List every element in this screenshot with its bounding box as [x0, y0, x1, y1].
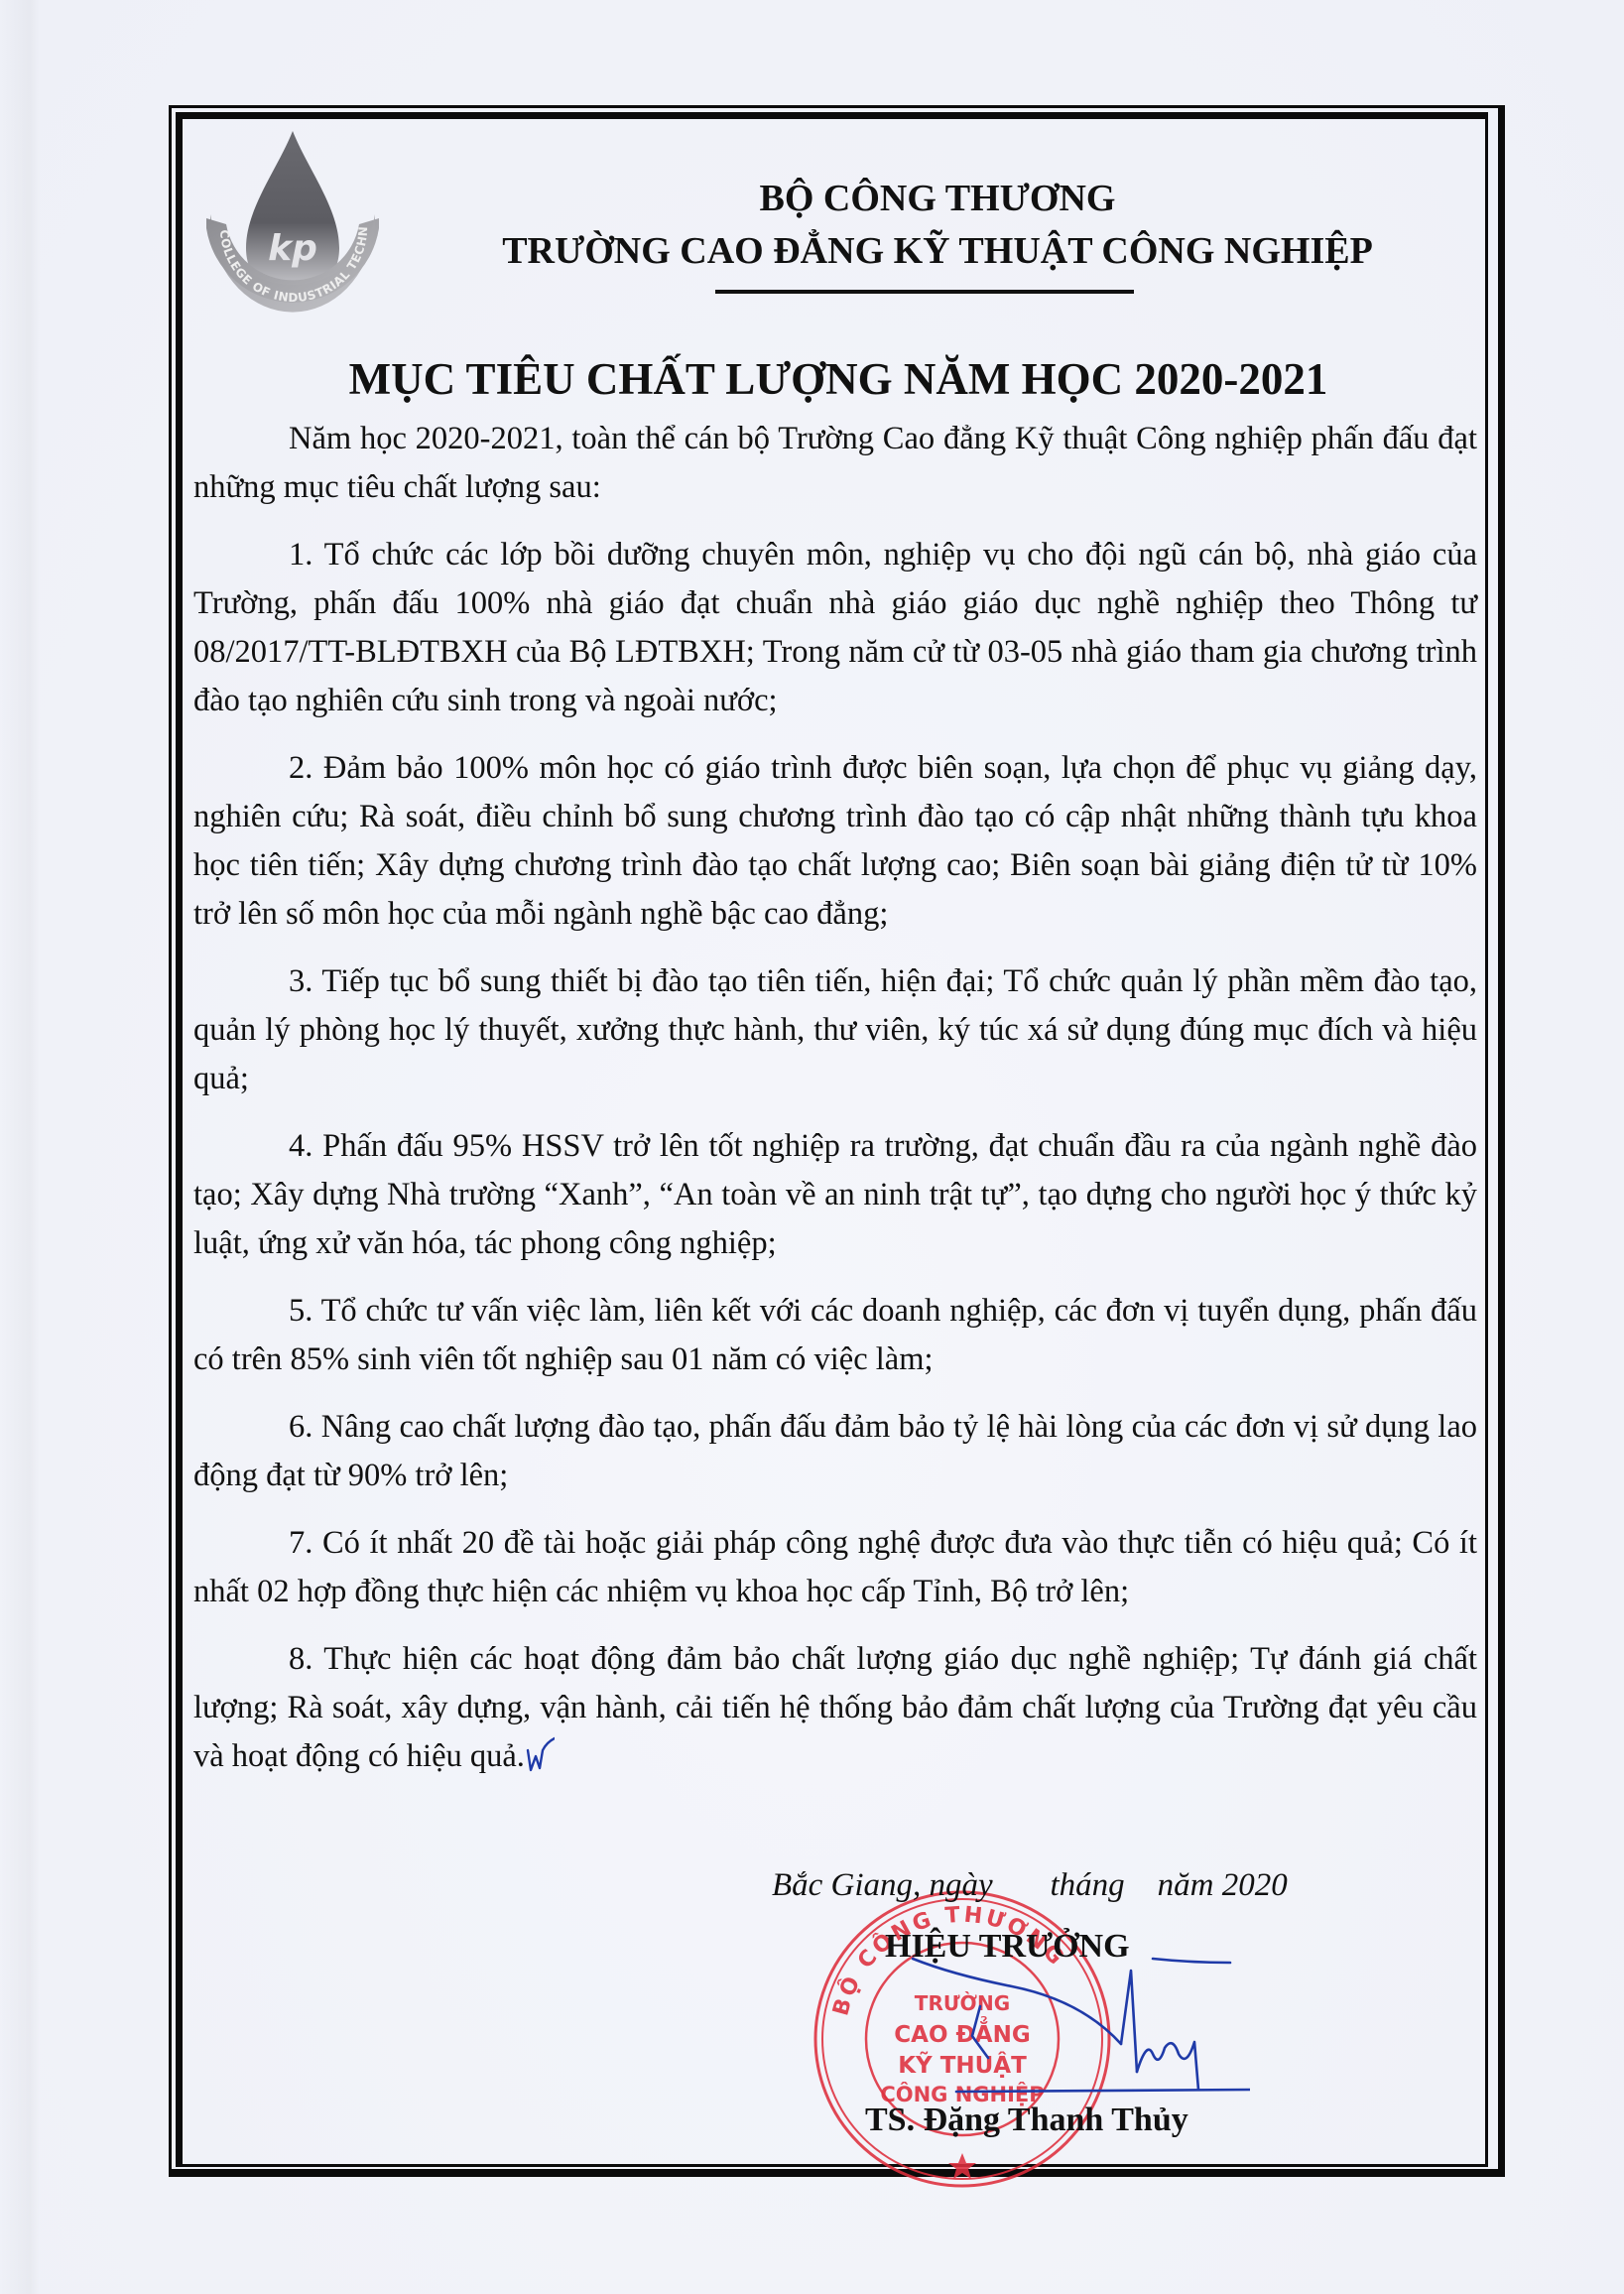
objective-3: 3. Tiếp tục bổ sung thiết bị đào tạo tiê…	[193, 957, 1477, 1103]
school-name: TRƯỜNG CAO ĐẲNG KỸ THUẬT CÔNG NGHIỆP	[456, 229, 1419, 273]
initial-mark-icon	[525, 1736, 555, 1772]
ministry-name: BỘ CÔNG THƯƠNG	[556, 177, 1319, 220]
objective-7: 7. Có ít nhất 20 đề tài hoặc giải pháp c…	[193, 1519, 1477, 1616]
intro-paragraph: Năm học 2020-2021, toàn thể cán bộ Trườn…	[193, 415, 1477, 512]
signer-role: HIỆU TRƯỞNG	[885, 1928, 1183, 1966]
svg-text:kp: kp	[268, 228, 317, 269]
document-title: MỤC TIÊU CHẤT LƯỢNG NĂM HỌC 2020-2021	[337, 353, 1339, 405]
document-body: Năm học 2020-2021, toàn thể cán bộ Trườn…	[193, 415, 1477, 1800]
objective-6: 6. Nâng cao chất lượng đào tạo, phấn đấu…	[193, 1403, 1477, 1500]
college-logo-icon: COLLEGE OF INDUSTRIAL TECHNIQUES kp	[198, 129, 387, 337]
objective-8-text: 8. Thực hiện các hoạt động đảm bảo chất …	[193, 1641, 1477, 1774]
objective-2: 2. Đảm bảo 100% môn học có giáo trình đư…	[193, 744, 1477, 939]
header-divider	[715, 290, 1134, 294]
place-and-date: Bắc Giang, ngày tháng năm 2020	[772, 1867, 1427, 1904]
objective-4: 4. Phấn đấu 95% HSSV trở lên tốt nghiệp …	[193, 1122, 1477, 1268]
signer-name: TS. Đặng Thanh Thủy	[865, 2102, 1242, 2139]
objective-5: 5. Tổ chức tư vấn việc làm, liên kết với…	[193, 1287, 1477, 1384]
objective-1: 1. Tổ chức các lớp bồi dưỡng chuyên môn,…	[193, 531, 1477, 725]
objective-8: 8. Thực hiện các hoạt động đảm bảo chất …	[193, 1635, 1477, 1781]
